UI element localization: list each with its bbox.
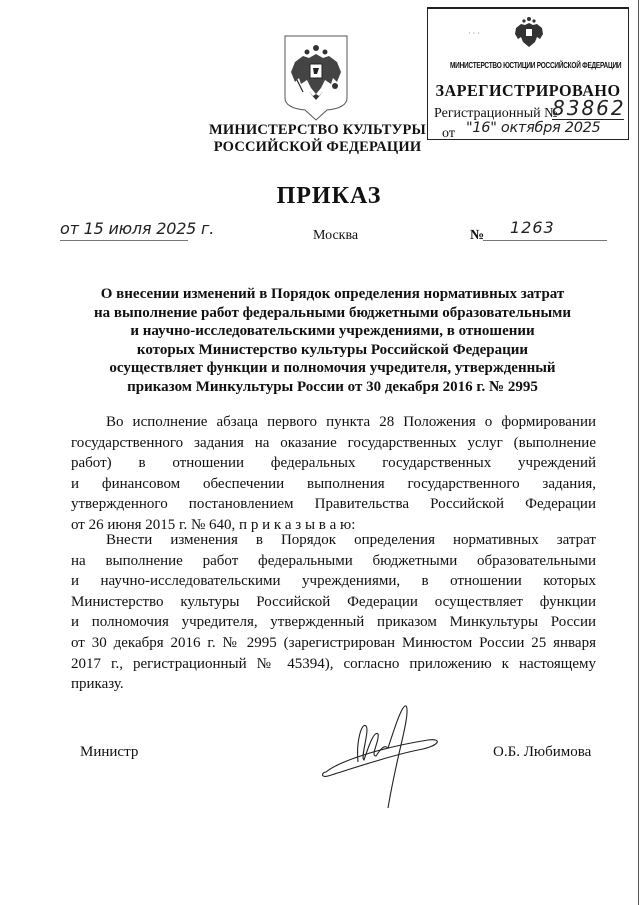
stamp-date-label: от (442, 126, 455, 142)
paragraph-line: и финансовом обеспечении выполнения госу… (71, 474, 596, 495)
signature-icon (318, 700, 458, 810)
subject-line: осуществляет функции и полномочия учреди… (60, 359, 605, 378)
stamp-organization: МИНИСТЕРСТВО ЮСТИЦИИ РОССИЙСКОЙ ФЕДЕРАЦИ… (450, 60, 606, 70)
paragraph-line: на выполнение работ федеральными бюджетн… (71, 551, 596, 572)
paragraph-line: и полномочия учредителя, утвержденный пр… (71, 612, 596, 633)
paragraph-line: утвержденного постановлением Правительст… (71, 494, 596, 515)
paragraph-line: от 30 декабря 2016 г. № 2995 (зарегистри… (71, 633, 596, 654)
stamp-date-text: "16" октября 2025 (466, 120, 600, 136)
subject-line: на выполнение работ федеральными бюджетн… (60, 304, 605, 323)
order-subject: О внесении изменений в Порядок определен… (60, 285, 605, 396)
paragraph-line: Внести изменения в Порядок определения н… (71, 530, 596, 551)
preamble-paragraph: Во исполнение абзаца первого пункта 28 П… (71, 412, 596, 536)
subject-line: приказом Минкультуры России от 30 декабр… (60, 378, 605, 397)
order-date: от 15 июля 2025 г. (60, 219, 214, 239)
order-number-label: № (470, 228, 484, 244)
stamp-coat-of-arms-icon (513, 15, 545, 51)
order-number-value: 1263 (510, 218, 555, 237)
subject-line: О внесении изменений в Порядок определен… (60, 285, 605, 304)
subject-line: и научно-исследовательскими учреждениями… (60, 322, 605, 341)
stamp-noise: · · · (468, 29, 480, 38)
order-date-handwritten: от 15 июля 2025 г. (60, 219, 214, 238)
paragraph-line: работ) в отношении федеральных государст… (71, 453, 596, 474)
number-underline (483, 240, 607, 241)
ministry-name-line1: МИНИСТЕРСТВО КУЛЬТУРЫ (200, 122, 435, 139)
signer-name: О.Б. Любимова (493, 744, 591, 761)
paragraph-line: Во исполнение абзаца первого пункта 28 П… (71, 412, 596, 433)
coat-of-arms-icon (281, 34, 351, 122)
paragraph-line: приказу. (71, 674, 596, 695)
ministry-name-line2: РОССИЙСКОЙ ФЕДЕРАЦИИ (200, 139, 435, 156)
paragraph-line: Министерство культуры Российской Федерац… (71, 592, 596, 613)
order-paragraph: Внести изменения в Порядок определения н… (71, 530, 596, 695)
page-edge-line (638, 0, 639, 905)
city: Москва (313, 228, 358, 244)
subject-line: которых Министерство культуры Российской… (60, 341, 605, 360)
stamp-date-value: "16" октября 2025 (466, 120, 600, 136)
stamp-reg-number-value: 83862 (552, 97, 624, 120)
registration-stamp: · · · МИНИСТЕРСТВО ЮСТИЦИИ РОССИЙСКОЙ ФЕ… (427, 7, 629, 140)
paragraph-line: государственного задания на оказание гос… (71, 433, 596, 454)
paragraph-line: 2017 г., регистрационный № 45394), согла… (71, 654, 596, 675)
document-title: ПРИКАЗ (0, 183, 640, 210)
paragraph-line: и научно-исследовательскими учреждениями… (71, 571, 596, 592)
signer-title: Министр (80, 744, 138, 761)
date-underline (60, 240, 188, 241)
ministry-name: МИНИСТЕРСТВО КУЛЬТУРЫ РОССИЙСКОЙ ФЕДЕРАЦ… (200, 122, 435, 156)
